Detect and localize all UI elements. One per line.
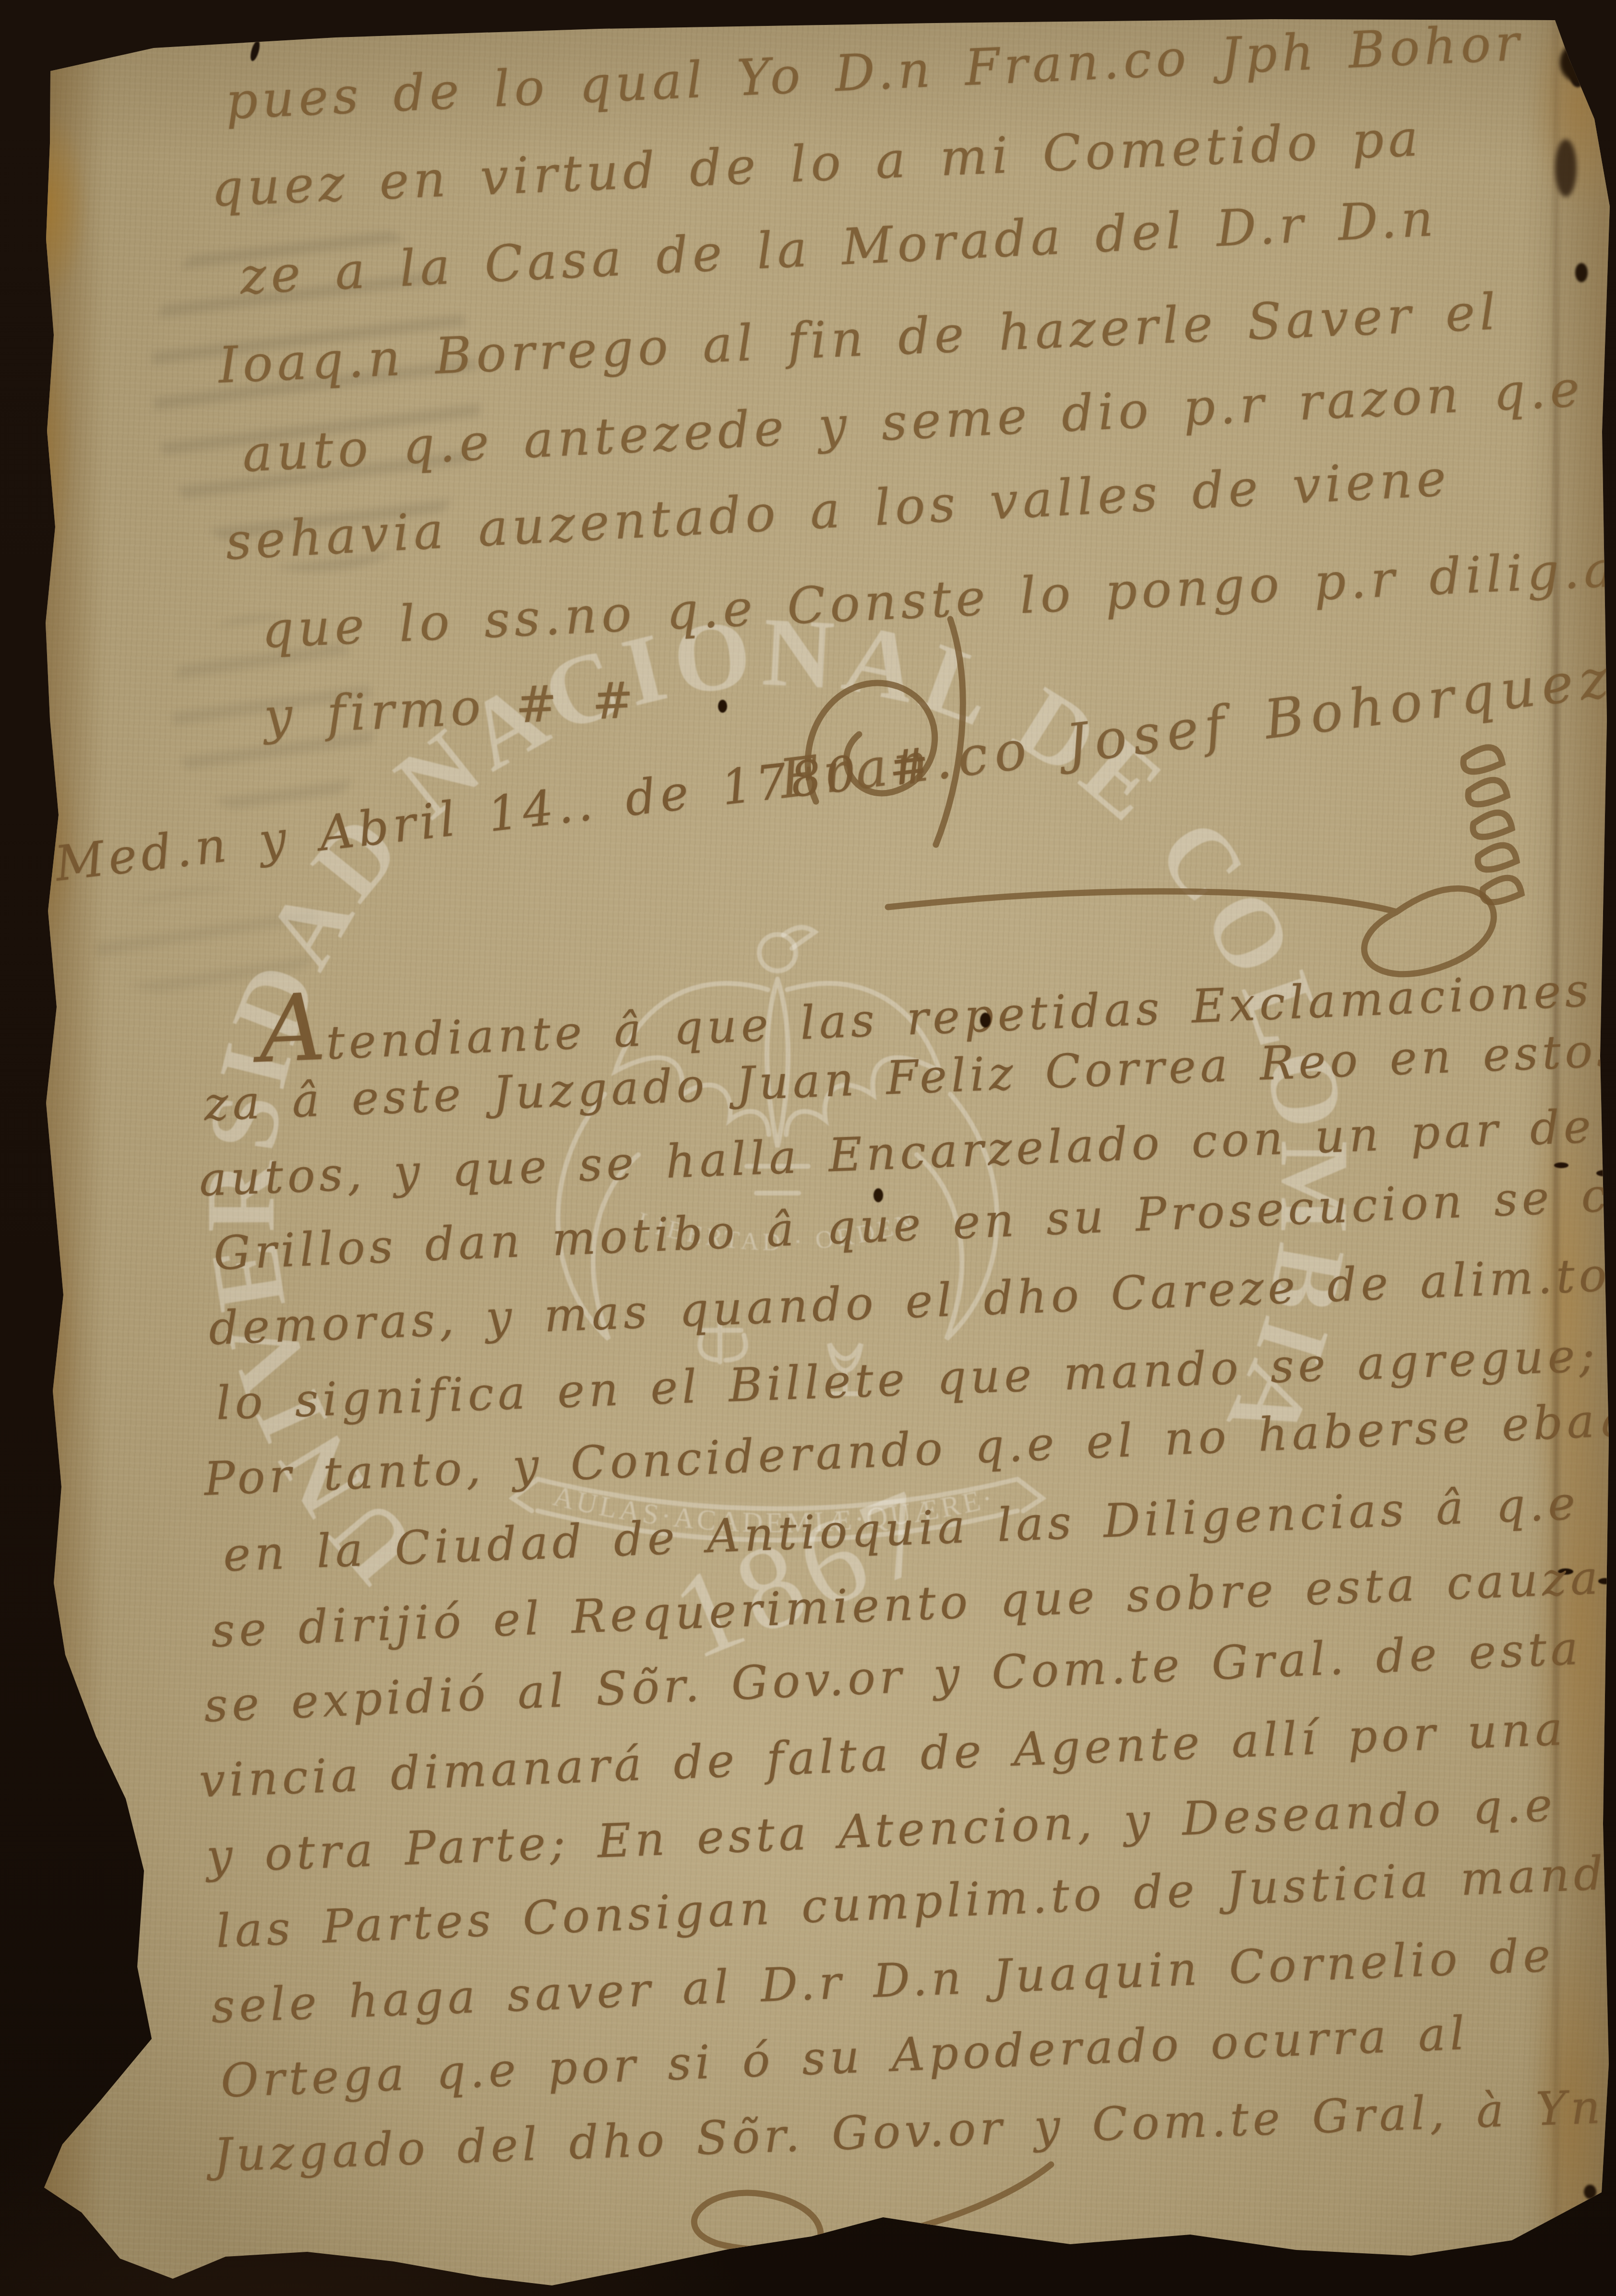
manuscript-page: UNIVERSIDAD NACIONAL DE COLOMBIA LIBERTA…	[0, 0, 1616, 2296]
ink-blot	[874, 1188, 883, 1202]
ink-blot	[980, 1013, 991, 1028]
ink-blot	[718, 700, 727, 713]
corner-stain	[1555, 139, 1577, 197]
corner-stain	[1560, 43, 1593, 82]
archive-photo-backdrop: UNIVERSIDAD NACIONAL DE COLOMBIA LIBERTA…	[0, 0, 1616, 2296]
closing-flourish	[638, 2155, 1190, 2284]
